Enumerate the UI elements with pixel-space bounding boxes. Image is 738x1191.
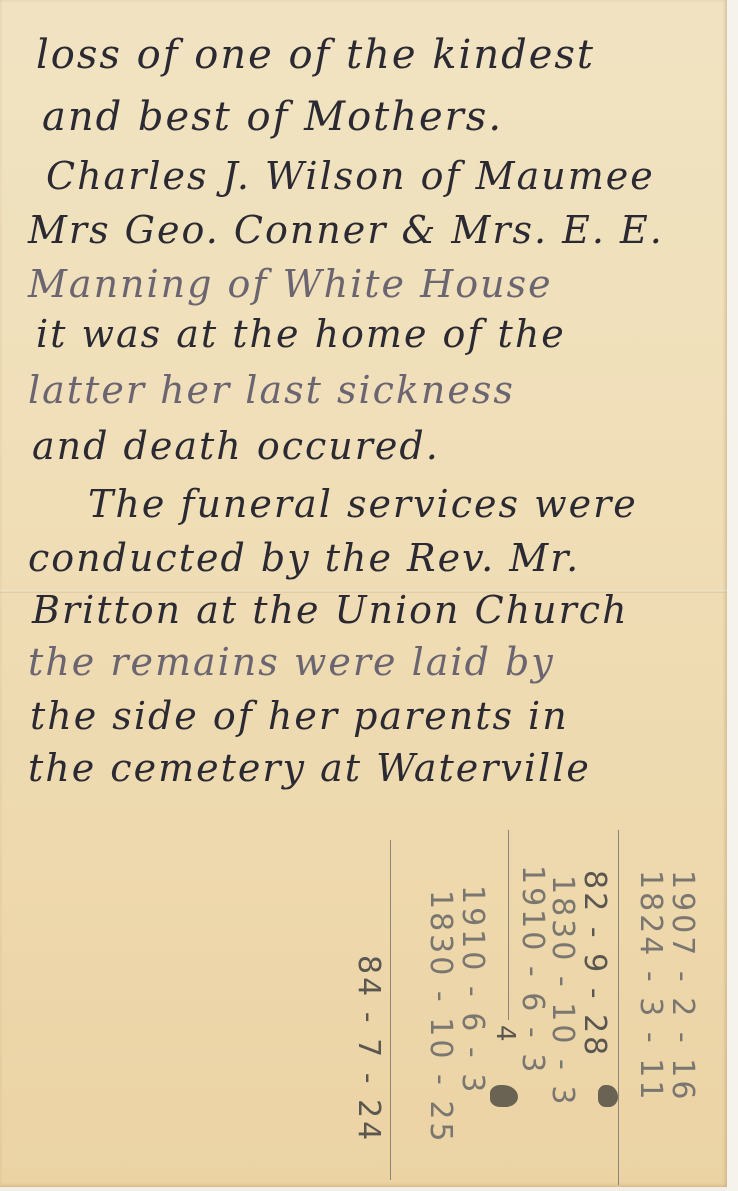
pencil-col-5: 84 - 7 - 24 <box>351 955 386 1143</box>
text-line-1: loss of one of the kindest <box>36 32 595 78</box>
text-line-8: and death occured. <box>32 424 440 468</box>
pencil-col-2-bottom: 1830 - 10 - 3 <box>545 875 580 1107</box>
text-line-12: the remains were laid by <box>28 640 555 684</box>
pencil-divider-1 <box>390 840 391 1180</box>
text-line-11: Britton at the Union Church <box>32 588 629 632</box>
text-line-13: the side of her parents in <box>30 694 569 738</box>
pencil-calculations: 1907 - 2 - 16 1824 - 3 - 11 82 - 9 - 28 … <box>350 830 720 1185</box>
pencil-smudge <box>598 1085 618 1107</box>
text-line-7: latter her last sickness <box>28 368 515 412</box>
pencil-col-4-top: 1910 - 6 - 3 <box>455 885 490 1095</box>
pencil-col-2-top: 82 - 9 - 28 <box>577 870 612 1058</box>
text-line-10: conducted by the Rev. Mr. <box>28 536 580 580</box>
scan-margin <box>727 0 738 1191</box>
pencil-col-1-bottom: 1824 - 3 - 11 <box>633 870 668 1102</box>
pencil-margin-mark: 4 <box>490 1025 520 1045</box>
text-line-2: and best of Mothers. <box>42 94 503 140</box>
pencil-divider-3 <box>618 830 619 1185</box>
text-line-6: it was at the home of the <box>36 312 566 356</box>
letter-page: loss of one of the kindest and best of M… <box>0 0 727 1187</box>
text-line-4: Mrs Geo. Conner & Mrs. E. E. <box>28 208 664 252</box>
text-line-14: the cemetery at Waterville <box>28 746 591 790</box>
text-line-9: The funeral services were <box>88 482 638 526</box>
text-line-3: Charles J. Wilson of Maumee <box>46 154 655 198</box>
pencil-col-3: 1910 - 6 - 3 <box>515 865 550 1075</box>
pencil-col-4-bottom: 1830 - 10 - 25 <box>423 890 458 1145</box>
text-line-5: Manning of White House <box>28 262 553 306</box>
pencil-col-1-top: 1907 - 2 - 16 <box>665 870 700 1102</box>
pencil-smudge <box>490 1085 518 1107</box>
pencil-divider-2 <box>508 830 509 1020</box>
